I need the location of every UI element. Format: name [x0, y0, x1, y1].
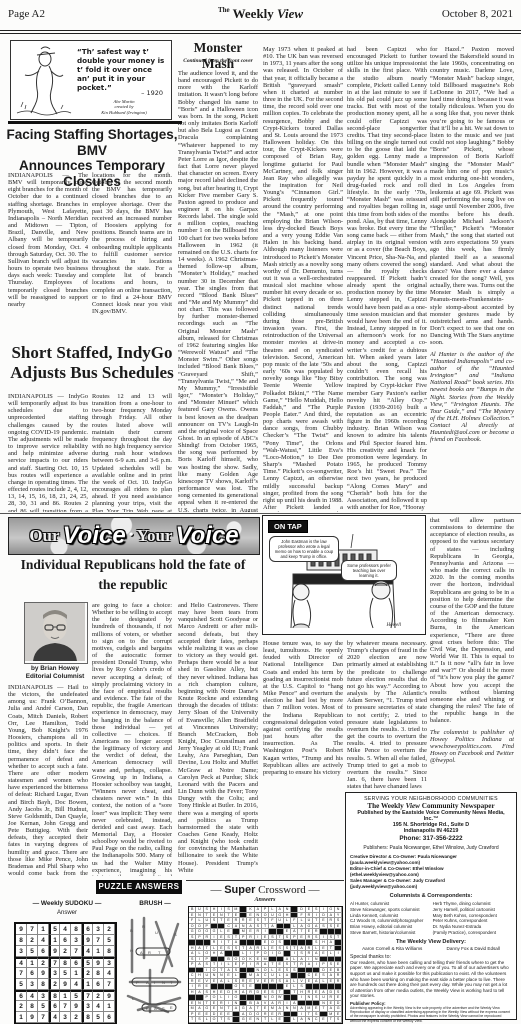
sudoku-cell: 9 — [27, 1012, 38, 1023]
sudoku-cell: 1 — [71, 968, 82, 979]
svg-text:P: P — [136, 980, 139, 985]
sudoku-cell: 3 — [93, 924, 104, 935]
sudoku-cell: 3 — [38, 990, 49, 1001]
bmv-headline-line1: Facing Staffing Shortages, BMV — [0, 127, 184, 158]
sudoku-cell: 1 — [93, 946, 104, 957]
publishers-line: Publishers: Paula Nicewanger, Ethel Wins… — [350, 845, 512, 851]
delivery-team: Aaron Cornell & Rita Williams — [362, 946, 422, 951]
staff-right: Herb Thyme, dining columnistJerry Harnel… — [433, 901, 512, 936]
svg-text:S: S — [166, 950, 169, 955]
crossword-title-rest: Crossword — [255, 884, 305, 896]
sudoku-cell: 6 — [38, 946, 49, 957]
sudoku-cell: 4 — [71, 979, 82, 990]
abe-martin-year: – 1920 — [141, 89, 163, 97]
sudoku-cell: 1 — [38, 924, 49, 935]
banner-word-your: Your — [137, 526, 173, 546]
sudoku-cell: 6 — [16, 990, 27, 1001]
editorial-headline-line1: Individual Republicans hold the fate of — [8, 555, 258, 575]
sudoku-cell: 2 — [93, 990, 104, 1001]
svg-text:S: S — [162, 1006, 165, 1011]
monster-mash-continued-line: Continued from the front cover — [177, 58, 259, 64]
sudoku-cell: 3 — [82, 1001, 93, 1012]
sudoku-cell: 6 — [104, 1012, 115, 1023]
sudoku-cell: 1 — [104, 1001, 115, 1012]
brush-puzzle-label: BRUSH — — [126, 900, 184, 907]
crossword-cell: O — [211, 1017, 218, 1023]
crossword-cell: C — [313, 1017, 320, 1023]
sudoku-cell: 2 — [71, 1012, 82, 1023]
sudoku-cell: 3 — [104, 957, 115, 968]
newspaper-title-part: The Weekly — [367, 802, 405, 810]
editorial-column-6: that will allow partisan commissions to … — [430, 517, 514, 787]
crossword-cell: T — [328, 1017, 335, 1023]
indygo-article-headline: Short Staffed, IndyGo Adjusts Bus Schedu… — [0, 343, 184, 383]
banner-word-our: Our — [29, 526, 59, 546]
crossword-cell: L — [291, 1017, 298, 1023]
community-newspaper-masthead-box: SERVING YOUR NEIGHBORHOOD COMMUNITIES Th… — [345, 792, 517, 1020]
sudoku-cell: 5 — [16, 979, 27, 990]
editorial-column-6-text: that will allow partisan commissions to … — [430, 517, 514, 724]
delivery-header: The Weekly View Delivery: — [350, 939, 512, 945]
crossword-cell: T — [262, 1017, 269, 1023]
crossword-title-dash: — — [210, 884, 224, 896]
sudoku-cell: 5 — [104, 935, 115, 946]
sudoku-cell: 2 — [16, 1001, 27, 1012]
bmv-article-column-2: locations for the month. October is the … — [92, 172, 172, 339]
sudoku-cell: 9 — [38, 968, 49, 979]
sudoku-cell: 8 — [27, 1001, 38, 1012]
delivery-names: Aaron Cornell & Rita WilliamsDanny Fox &… — [350, 946, 512, 951]
monster-mash-column-a: The audience loved it, and the band enco… — [178, 70, 258, 512]
staff-member-line: Steve Barnett, historian/columnist — [350, 930, 429, 936]
puzzle-answers-label: PUZZLE ANSWERS — [96, 880, 182, 894]
crossword-cell: E — [320, 1017, 327, 1023]
sudoku-cell: 9 — [49, 946, 60, 957]
svg-text:H: H — [130, 948, 133, 953]
banner-word-voice2: Voice — [176, 522, 239, 550]
crossword-cell: N — [255, 1017, 262, 1023]
sudoku-cell: 1 — [27, 957, 38, 968]
on-tap-label: ON TAP — [268, 520, 308, 533]
crossword-answers-sublabel: Answers — [186, 897, 344, 903]
svg-text:T: T — [158, 950, 161, 955]
sudoku-cell: 4 — [93, 1001, 104, 1012]
masthead-the: The — [218, 6, 230, 14]
abe-martin-credit: Abe Martin created by Kin Hubbard (Irvin… — [81, 99, 167, 115]
crossword-cell: N — [306, 1017, 313, 1023]
sudoku-cell: 9 — [16, 924, 27, 935]
abe-martin-drawing-icon — [11, 41, 75, 117]
sudoku-cell: 2 — [38, 957, 49, 968]
sudoku-cell: 7 — [49, 957, 60, 968]
cartoon-speech-bubble-2: Some professors prefer teaching law over… — [341, 560, 397, 581]
sudoku-cell: 8 — [71, 924, 82, 935]
svg-text:R: R — [142, 924, 145, 929]
sudoku-cell: 2 — [104, 924, 115, 935]
sudoku-cell: 5 — [71, 990, 82, 1001]
byline-title: Editorial Columnist — [8, 673, 102, 681]
sudoku-cell: 7 — [27, 924, 38, 935]
svg-text:A: A — [146, 980, 149, 985]
editorial-column-4: House tenure was, to say the least, tumu… — [263, 640, 343, 876]
sudoku-cell: 1 — [16, 1012, 27, 1023]
owner-roles-list: Creative Director & Co-Owner: Paula Nice… — [350, 854, 512, 890]
our-voice-banner: Our Voice • Your Voice — [8, 517, 260, 555]
sudoku-cell: 8 — [49, 990, 60, 1001]
columnist-photo — [24, 602, 88, 664]
editorial-byline: by Brian Howey Editorial Columnist — [8, 665, 102, 681]
sudoku-cell: 3 — [49, 968, 60, 979]
staff-columns: Al Hunter, columnistSteve Nicewanger, sp… — [350, 901, 512, 936]
sudoku-cell: 5 — [49, 924, 60, 935]
crossword-cell — [233, 1017, 240, 1023]
sudoku-answer-label: — Weekly SUDOKU — — [8, 900, 126, 907]
header-rule — [0, 30, 521, 34]
sudoku-cell: 3 — [27, 979, 38, 990]
columnists-header: Columnists & Correspondents: — [350, 893, 512, 899]
sudoku-cell: 4 — [82, 946, 93, 957]
on-tap-cartoon-box: ON TAP John Eastman is the law professor… — [262, 515, 426, 635]
svg-text:I: I — [154, 980, 155, 985]
newspaper-title-view: View — [406, 802, 420, 810]
published-by-line: Published by the Eastside Voice Communit… — [350, 810, 512, 822]
abe-martin-credit-line: Kin Hubbard (Irvington) — [81, 110, 167, 115]
crossword-cell — [284, 1017, 291, 1023]
monster-mash-column-b: May 1973 when it peaked at #10. The UK b… — [263, 46, 343, 512]
crossword-cell: G — [240, 1017, 247, 1023]
sudoku-cell: 8 — [16, 935, 27, 946]
sudoku-answer-sublabel: Answer — [8, 910, 126, 916]
newspaper-title-part2: Community Newspaper — [420, 802, 495, 810]
sudoku-cell: 6 — [93, 979, 104, 990]
sudoku-cell: 4 — [16, 957, 27, 968]
sudoku-cell: 5 — [38, 1001, 49, 1012]
sudoku-cell: 8 — [38, 979, 49, 990]
owner-role-line: Editor-in-Chief & Co-Owner: Ethel Winslo… — [350, 866, 512, 878]
sudoku-cell: 2 — [60, 946, 71, 957]
sudoku-cell: 2 — [82, 968, 93, 979]
crossword-rule — [186, 880, 344, 881]
svg-text:A: A — [140, 950, 143, 955]
svg-text:N: N — [162, 980, 165, 985]
sudoku-cell: 7 — [60, 1001, 71, 1012]
sudoku-cell: 3 — [16, 946, 27, 957]
crossword-cell: T — [189, 1017, 196, 1023]
publisher-policy-text: Advertising appearing in the Weekly View… — [350, 1006, 512, 1023]
owner-role-line: Sales Manager & Co-Owner: Judy Crawford … — [350, 878, 512, 890]
sudoku-cell: 3 — [60, 1012, 71, 1023]
crossword-grid: BUSHISMKAPLANDESIGNENTENTEENOUGHFRIDAYFL… — [188, 906, 343, 1024]
monster-mash-column-d: for Hazel.” Paxton moved toward the Bake… — [430, 46, 514, 512]
author-bio-note: Al Hunter is the author of the “Haunted … — [430, 351, 514, 444]
crossword-title: — Super Crossword — — [186, 884, 344, 896]
byline-author: by Brian Howey — [8, 665, 102, 673]
sudoku-cell: 6 — [60, 935, 71, 946]
editorial-headline-line2: the republic — [8, 575, 258, 595]
sudoku-cell: 9 — [71, 1001, 82, 1012]
sudoku-cell: 8 — [104, 946, 115, 957]
mid-page-rule — [0, 513, 521, 514]
crossword-cell: S — [196, 1017, 203, 1023]
sudoku-cell: 7 — [16, 968, 27, 979]
staff-left: Al Hunter, columnistSteve Nicewanger, sp… — [350, 901, 429, 936]
crossword-cell: L — [269, 1017, 276, 1023]
svg-text:E: E — [146, 1006, 149, 1011]
masthead-weekly: Weekly — [233, 6, 274, 21]
indygo-headline-line1: Short Staffed, IndyGo — [0, 343, 184, 363]
delivery-team: Danny Fox & David Edsall — [447, 946, 500, 951]
section-divider — [8, 121, 182, 124]
cartoon-speech-bubble-1: John Eastman is the law professor who wr… — [269, 536, 339, 562]
staff-member-line: (Family Practice), correspondent — [433, 930, 512, 936]
sudoku-cell: 8 — [93, 968, 104, 979]
sudoku-cell: 6 — [27, 968, 38, 979]
monster-mash-column-d-text: for Hazel.” Paxton moved toward the Bake… — [430, 46, 514, 346]
editorial-column-3: and Helio Castroneves. There may have be… — [178, 602, 258, 876]
crossword-title-bold: Super — [224, 884, 255, 896]
banner-bullet: • — [129, 528, 134, 544]
sudoku-cell: 7 — [38, 1012, 49, 1023]
sudoku-cell: 5 — [60, 968, 71, 979]
crossword-cell: A — [298, 1017, 305, 1023]
indygo-article-column-1: INDIANAPOLIS — IndyGo will temporarily a… — [8, 393, 88, 512]
sudoku-cell: 2 — [27, 935, 38, 946]
sudoku-cell: 2 — [49, 979, 60, 990]
phone-line: Phone: 317-356-2222 — [350, 835, 512, 842]
crossword-cell: T — [218, 1017, 225, 1023]
sudoku-cell: 4 — [27, 990, 38, 1001]
sudoku-grid: 9715486328241639753569274184127865937693… — [14, 922, 117, 1024]
sudoku-cell: 6 — [82, 924, 93, 935]
brush-wordsearch-graphic: BRUSH ARTS PAINT EASEL — [122, 912, 188, 1024]
sudoku-cell: 1 — [60, 990, 71, 1001]
sudoku-cell: 1 — [82, 979, 93, 990]
columnist-note: The columnist is publisher of Howey Poli… — [430, 729, 514, 765]
svg-text:E: E — [170, 1005, 173, 1010]
svg-text:S: S — [174, 932, 177, 937]
indygo-article-column-2: Routes 12 and 13 will transition from a … — [92, 393, 172, 512]
svg-text:U: U — [155, 930, 158, 935]
svg-text:A: A — [154, 1006, 157, 1011]
staff-member-line: Steve Nicewanger, sports columnist — [350, 907, 429, 913]
community-newspaper-title: The Weekly View Community Newspaper — [350, 802, 512, 810]
sudoku-cell: 9 — [82, 935, 93, 946]
monster-mash-headline: Monster Mash — [177, 40, 259, 72]
sudoku-cell: 3 — [71, 935, 82, 946]
sudoku-cell: 7 — [104, 979, 115, 990]
editorial-column-1: INDIANAPOLIS — Hail to the victors, the … — [8, 684, 88, 876]
svg-text:R: R — [148, 950, 151, 955]
sudoku-cell: 9 — [93, 957, 104, 968]
banner-word-voice: Voice — [63, 522, 126, 550]
sudoku-cell: 9 — [60, 979, 71, 990]
sudoku-cell: 5 — [93, 1012, 104, 1023]
bmv-article-column-1: INDIANAPOLIS — The BMV will temporarily … — [8, 172, 88, 339]
sudoku-cell: 7 — [82, 990, 93, 1001]
editorial-column-5: by whatever means necessary. Trump’s cha… — [347, 640, 427, 788]
sudoku-cell: 6 — [71, 957, 82, 968]
sudoku-cell: 8 — [82, 1012, 93, 1023]
sudoku-cell: 9 — [104, 990, 115, 1001]
sudoku-cell: 8 — [60, 957, 71, 968]
address-line-2: Indianapolis IN 46219 — [350, 828, 512, 834]
sudoku-cell: 5 — [82, 957, 93, 968]
indygo-headline-line2: Adjusts Bus Schedules — [0, 363, 184, 383]
sudoku-cell: 4 — [60, 924, 71, 935]
sudoku-cell: 4 — [104, 968, 115, 979]
editorial-headline: Individual Republicans hold the fate of … — [8, 555, 258, 595]
crossword-cell: S — [335, 1017, 342, 1023]
sudoku-cell: 7 — [93, 935, 104, 946]
sudoku-cell: 4 — [38, 935, 49, 946]
crossword-title-dash2: — — [306, 884, 320, 896]
sudoku-cell: 7 — [71, 946, 82, 957]
abe-martin-quote: “Th’ safest way t’ double your money is … — [77, 47, 167, 92]
sudoku-cell: 4 — [49, 1012, 60, 1023]
crossword-cell: L — [204, 1017, 211, 1023]
special-thanks-text: Our readers, who have been calling and t… — [350, 960, 512, 999]
crossword-cell: E — [277, 1017, 284, 1023]
owner-role-line: Creative Director & Co-Owner: Paula Nice… — [350, 854, 512, 866]
monster-mash-column-c: had been Capizzi who encouraged Pickett … — [347, 46, 427, 512]
sudoku-cell: 5 — [27, 946, 38, 957]
issue-date: October 8, 2021 — [442, 8, 513, 20]
svg-text:B: B — [130, 928, 133, 933]
sudoku-cell: 1 — [49, 935, 60, 946]
crossword-cell: E — [247, 1017, 254, 1023]
masthead-view: View — [277, 6, 303, 21]
cartoonist-signature: Howell — [387, 623, 401, 628]
abe-martin-cartoon-box: “Th’ safest way t’ double your money is … — [10, 40, 172, 120]
sudoku-cell: 6 — [49, 1001, 60, 1012]
crossword-cell: S — [225, 1017, 232, 1023]
editorial-column-2: are going to face a choice: Whether to b… — [92, 602, 172, 876]
